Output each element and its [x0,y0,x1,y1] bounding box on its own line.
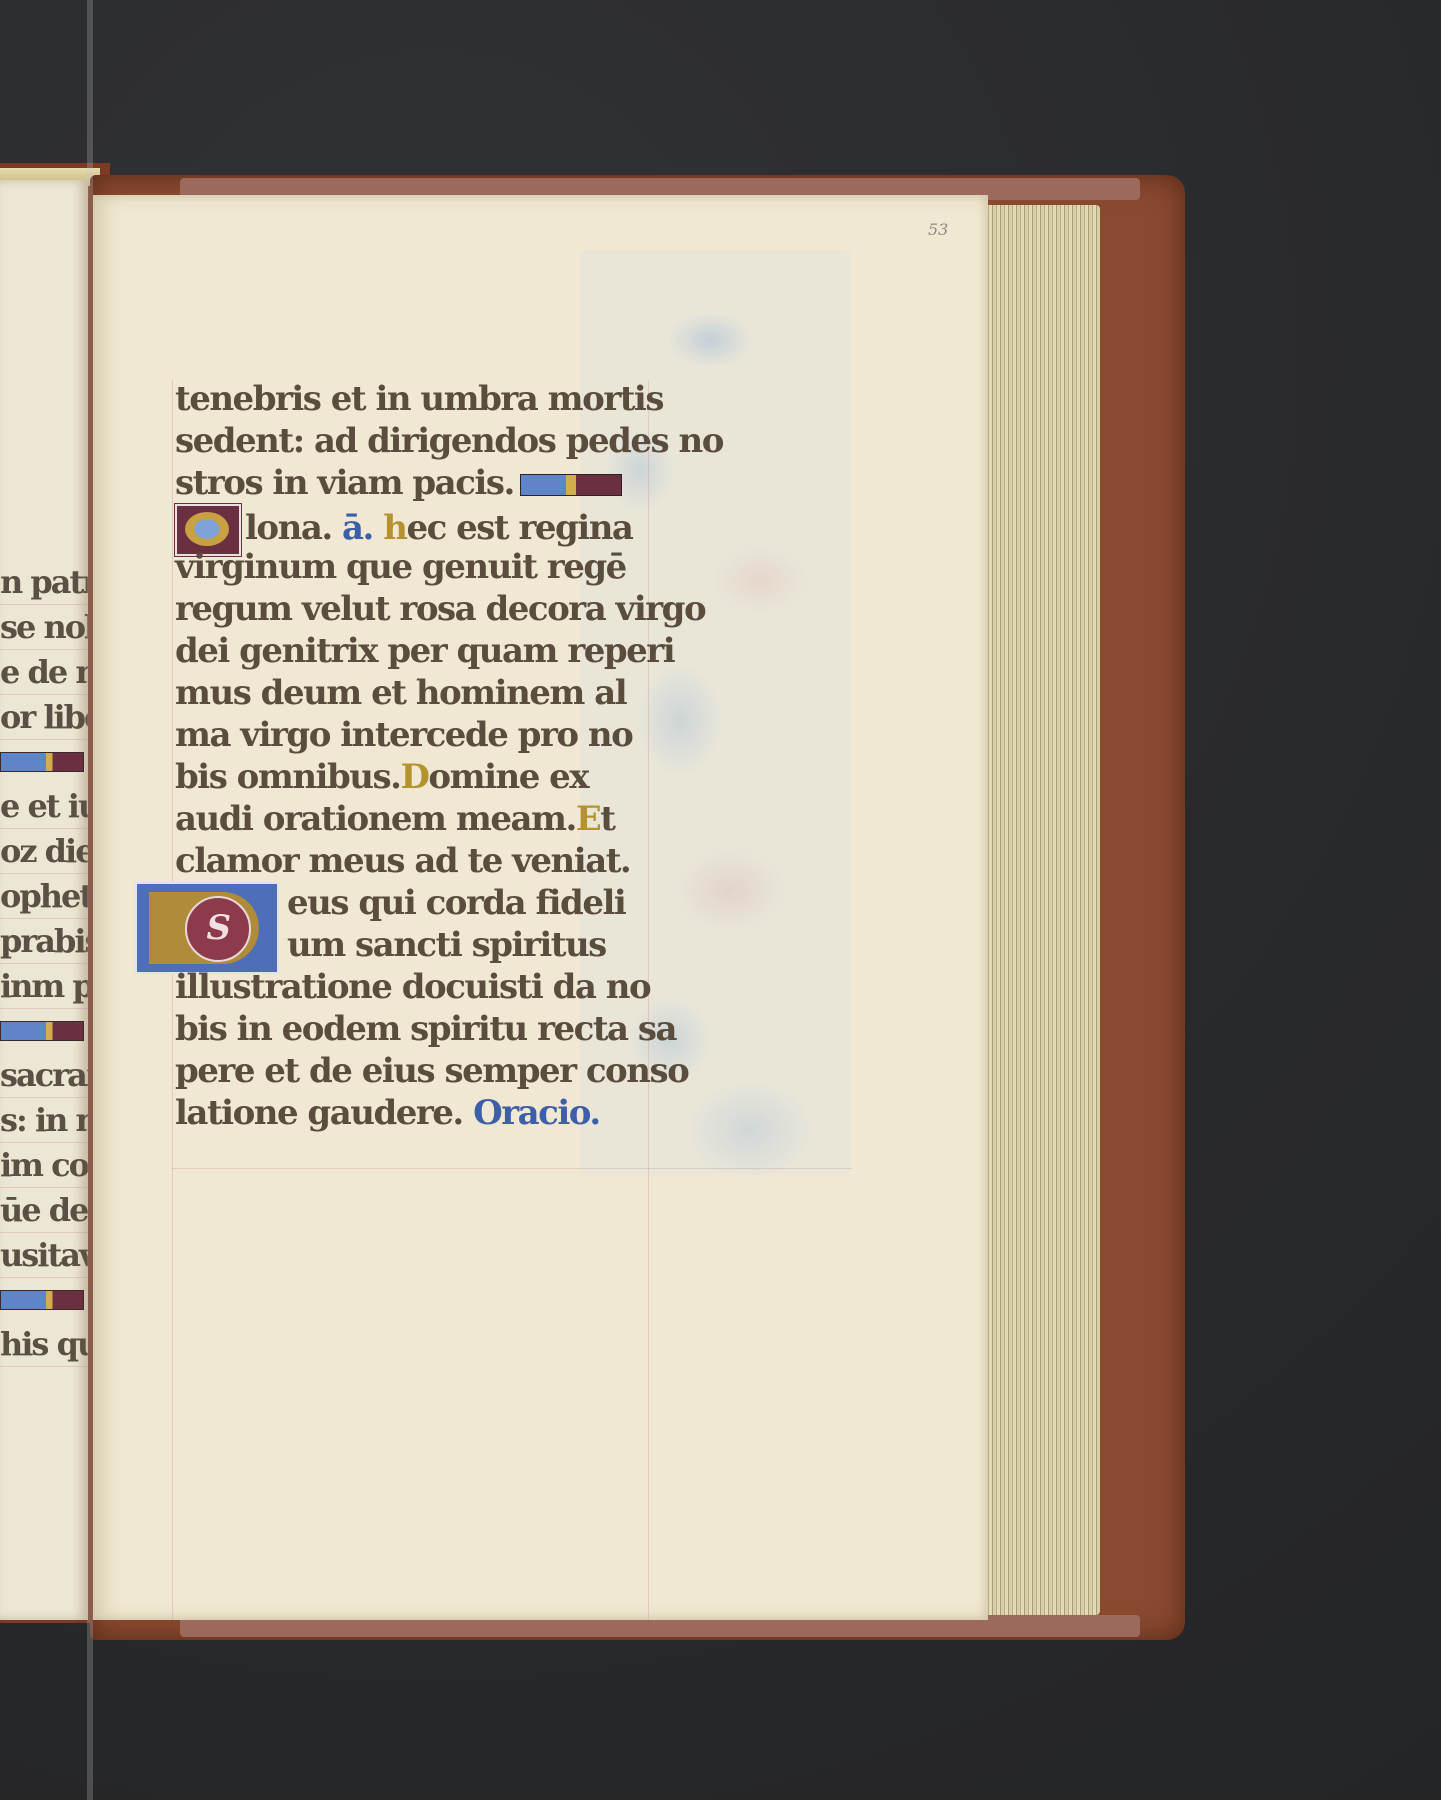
text-line: audi orationem meam.Et [175,798,665,840]
text-line: lona. ā. hec est regina [175,504,665,546]
text-line: latione gaudere. Oracio. [175,1092,665,1134]
text-line: illustratione docuisti da no [175,966,665,1008]
verso-line: oz diebus [0,829,88,874]
verso-line: se nobis. [0,605,88,650]
verso-page: n patrê no se nobis. e de manu or liber… [0,180,88,1620]
line-text: stros in viam pacis. [175,463,514,503]
verso-line: e de manu [0,650,88,695]
gold-letter: E [576,799,600,839]
line-filler-bar [0,752,84,772]
verso-line: im comm [0,1143,88,1188]
line-text: ec est regina [406,508,632,548]
verso-line: e et iustitia [0,784,88,829]
verso-line: or liberati [0,695,88,740]
line-text: bis omnibus. [175,757,400,797]
rubric-antiphon-mark: ā. [332,508,373,548]
verso-line: n patrê no [0,560,88,605]
text-line: tenebris et in umbra mortis [175,378,665,420]
text-line: S eus qui corda fideli [175,882,665,924]
verso-line: inm para [0,964,88,1009]
line-filler [520,474,622,496]
line-text: illustratione docuisti da no [175,967,650,1007]
text-line: clamor meus ad te veniat. [175,840,665,882]
glass-plate-edge [87,0,93,1800]
line-filler [0,1278,88,1322]
folio-number: 53 [928,220,948,239]
line-filler [0,740,88,784]
page-fore-edges [985,205,1100,1615]
verso-line: prabis a [0,919,88,964]
line-text: ma virgo intercede pro no [175,715,632,755]
text-line: dei genitrix per quam reperi [175,630,665,672]
text-line: virginum que genuit regē [175,546,665,588]
line-text: bis in eodem spiritu recta sa [175,1009,676,1049]
text-line: sedent: ad dirigendos pedes no [175,420,665,462]
gold-letter: D [400,757,428,797]
text-line: bis omnibus.Domine ex [175,756,665,798]
text-line: pere et de eius semper conso [175,1050,665,1092]
verso-line: s: in mi [0,1098,88,1143]
text-line: regum velut rosa decora virgo [175,588,665,630]
line-text: mus deum et hominem al [175,673,626,713]
line-text: t [600,799,614,839]
text-line: um sancti spiritus [175,924,665,966]
verso-line: ūe de no [0,1188,88,1233]
text-line: bis in eodem spiritu recta sa [175,1008,665,1050]
line-text: clamor meus ad te veniat. [175,841,630,881]
line-text: virginum que genuit regē [175,547,626,587]
ruling-line-left [172,380,173,1620]
verso-text: n patrê no se nobis. e de manu or liber… [0,560,88,1367]
verso-line: opheta al [0,874,88,919]
line-filler [0,1009,88,1053]
verso-line: his qui [0,1322,88,1367]
line-text: tenebris et in umbra mortis [175,379,663,419]
line-text: regum velut rosa decora virgo [175,589,705,629]
text-line: mus deum et hominem al [175,672,665,714]
line-text: audi orationem meam. [175,799,576,839]
line-text: eus qui corda fideli [287,883,625,923]
line-text: lona. [245,508,332,548]
line-text: latione gaudere. [175,1093,463,1133]
line-filler-bar [0,1021,84,1041]
text-line: ma virgo intercede pro no [175,714,665,756]
line-text: pere et de eius semper conso [175,1051,688,1091]
line-text: dei genitrix per quam reperi [175,631,674,671]
line-text: omine ex [428,757,588,797]
rubric-oracio: Oracio. [463,1093,600,1133]
recto-text-block: tenebris et in umbra mortis sedent: ad d… [175,378,665,1134]
verso-line: sacramam [0,1053,88,1098]
line-text: um sancti spiritus [287,925,606,965]
ruling-line-bottom [172,1168,852,1169]
line-filler-bar [0,1290,84,1310]
verso-line: usitavit [0,1233,88,1278]
line-text: sedent: ad dirigendos pedes no [175,421,723,461]
gold-letter: h [383,508,406,548]
text-line: stros in viam pacis. [175,462,665,504]
